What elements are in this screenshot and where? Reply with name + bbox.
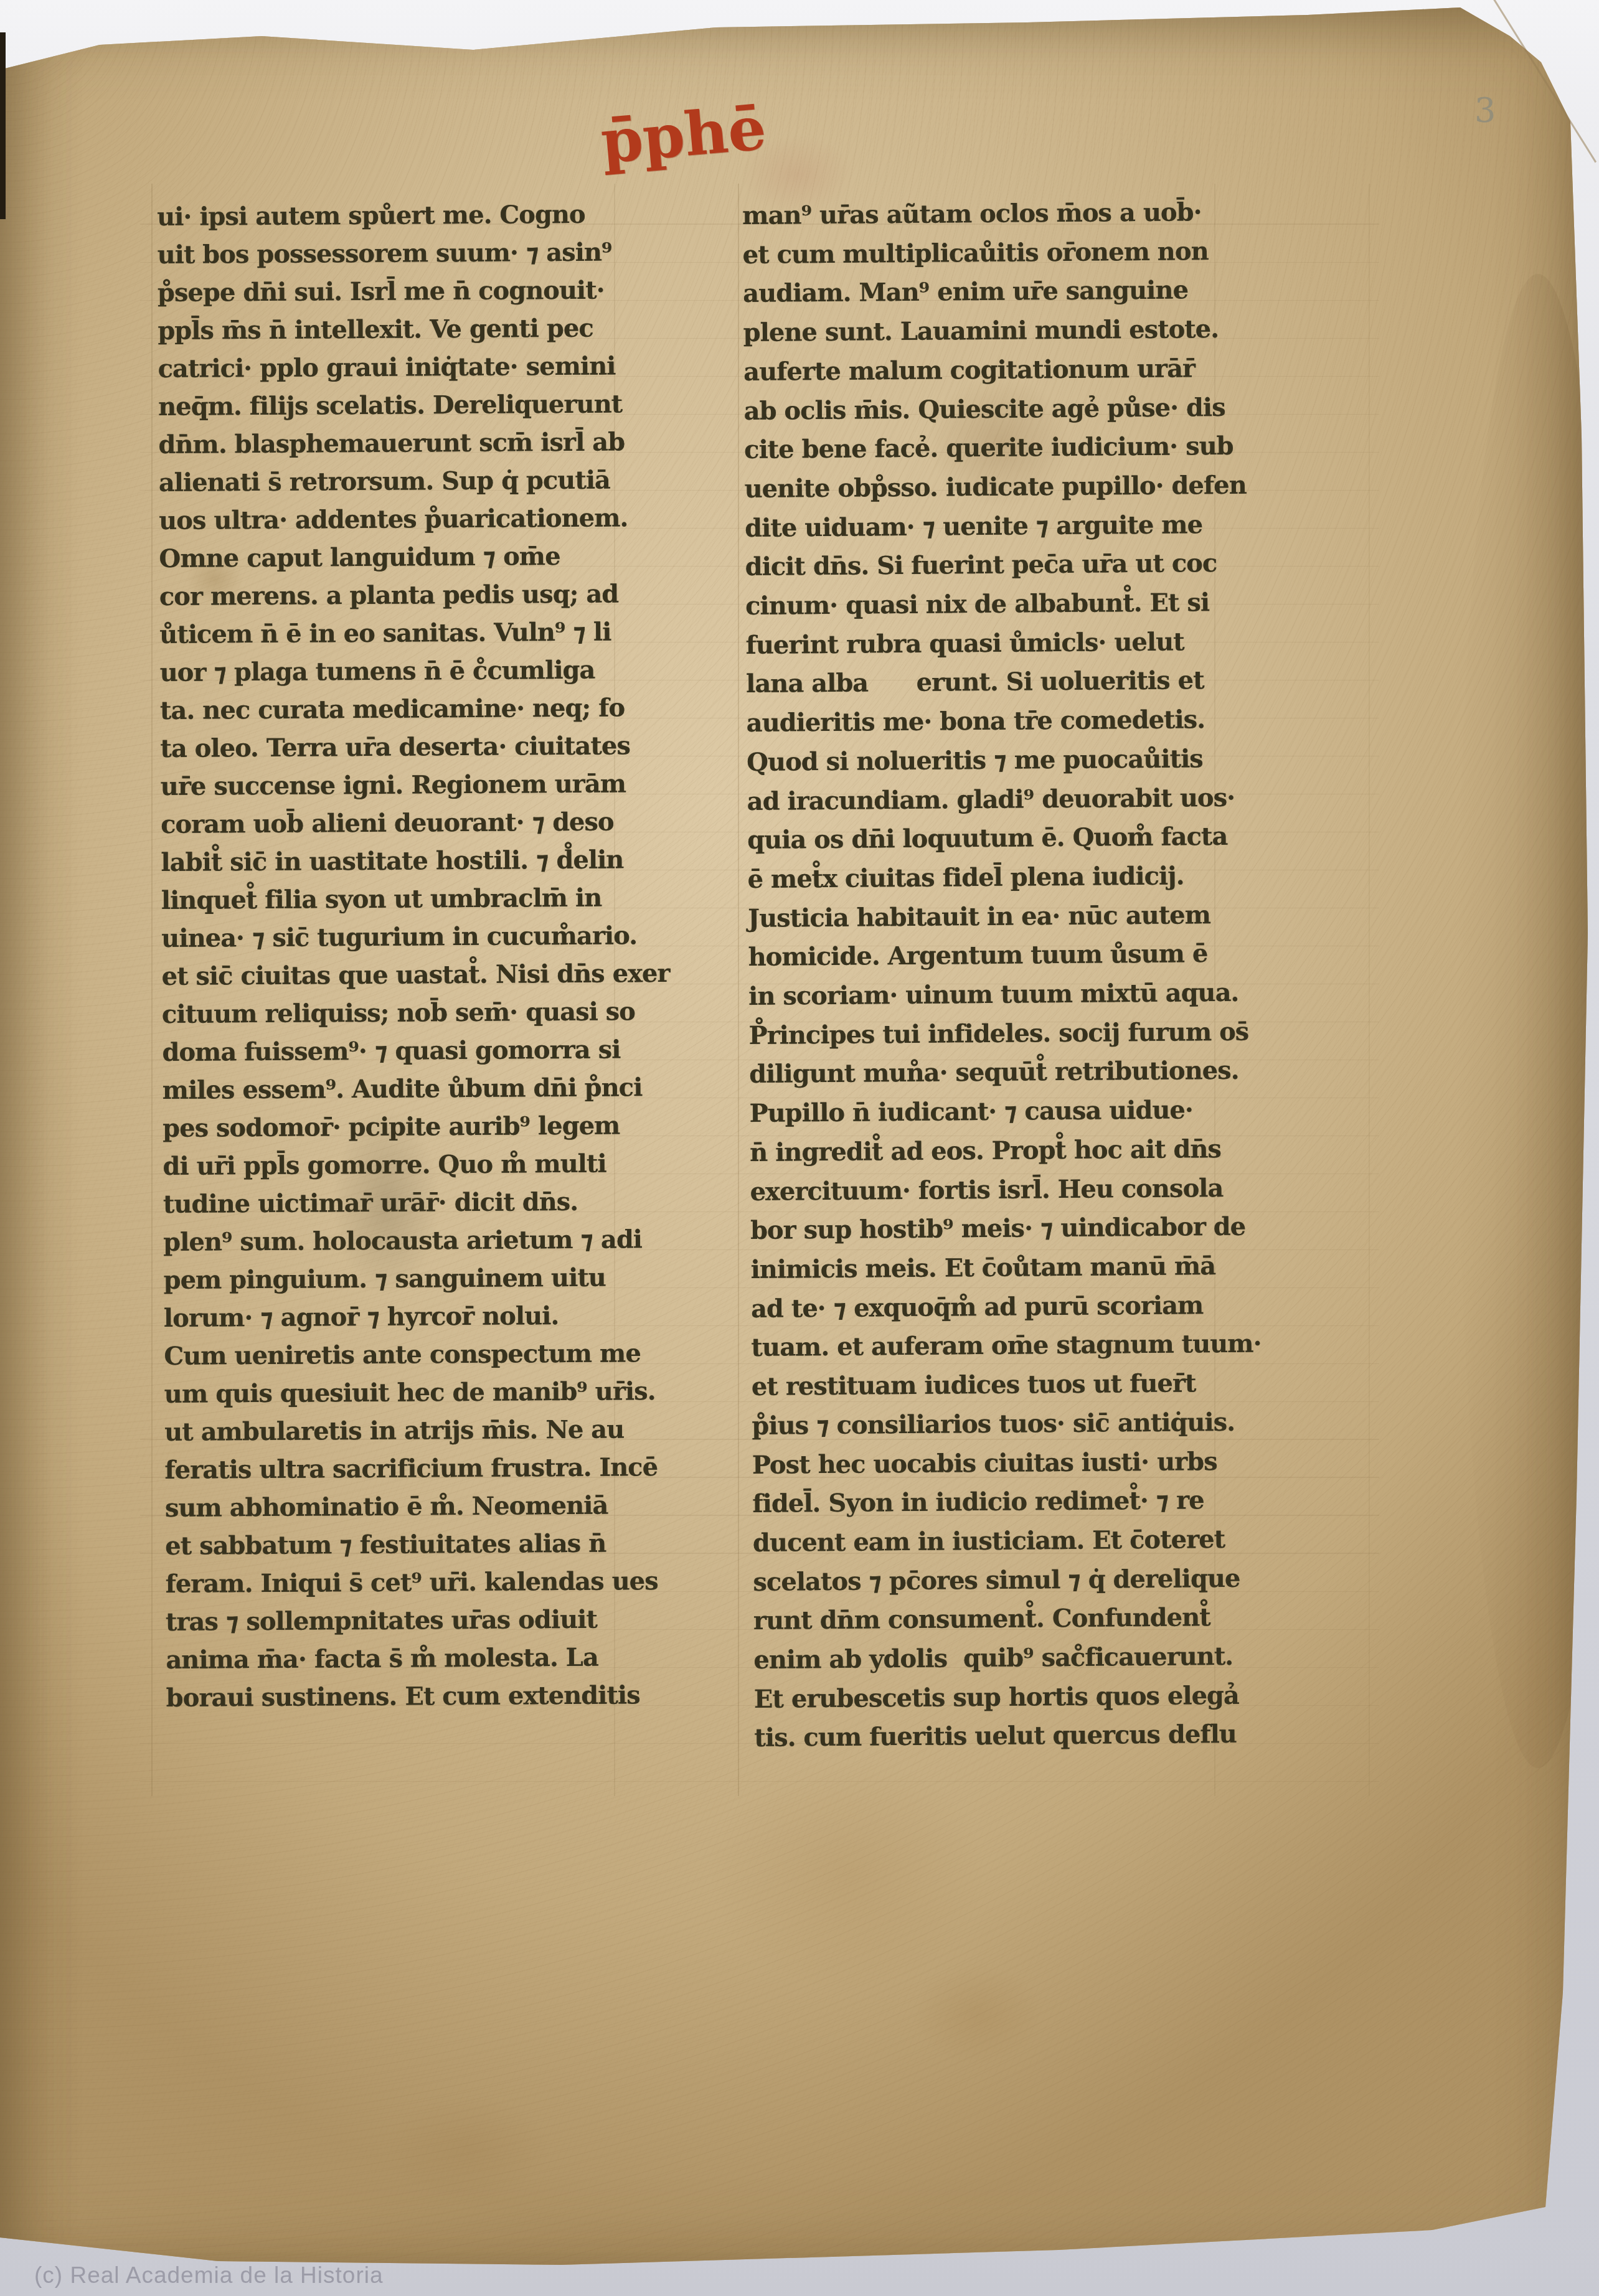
text-line: inimicis meis. Et c̄oůtam manū m̄ā [750, 1247, 1224, 1290]
text-column-right: man⁹ ur̄as aũtam oclos m̄os a uob̄·et cu… [742, 193, 1228, 1758]
text-line: cite bene facẻ. querite iudicium· sub [744, 427, 1217, 470]
watermark: (c) Real Academia de la Historia [34, 2262, 384, 2289]
text-line: uit bos possessorem suum· ⁊ asin⁹ [157, 233, 611, 274]
rubric-running-title: p̄phē [598, 93, 769, 177]
text-line: miles essem⁹. Audite ůbum dn̄i p̊nci [163, 1069, 617, 1109]
parchment-leaf: p̄phē 3 ui· ipsi autem spůert me. Cognou… [0, 0, 1599, 2296]
text-line: uenite obp̊sso. iudicate pupillo· defen [744, 466, 1217, 509]
text-line: uinea· ⁊ sic̄ tugurium in cucum̊ario. [161, 917, 616, 957]
text-line: ut ambularetis in atrijs m̄is. Ne au [164, 1411, 619, 1451]
text-line: in scoriam· uinum tuum mixtū aqua. [748, 974, 1222, 1017]
text-line: uor ⁊ plaga tumens n̄ ē c̊cumliga [159, 651, 614, 692]
text-line: tis. cum fueritis uelut quercus deflu [754, 1715, 1227, 1758]
text-column-left: ui· ipsi autem spůert me. Cognouit bos p… [157, 195, 621, 1717]
text-line: sum abhominatio ē m̊. Neomeniā [165, 1487, 620, 1527]
text-line: ppl̄s m̄s n̄ intellexit. Ve genti pec [158, 309, 612, 350]
binding-edge [0, 32, 6, 219]
text-line: plene sunt. Lauamini mundi estote. [743, 310, 1216, 353]
text-line: Omne caput languidum ⁊ om̄e [159, 537, 613, 578]
text-line: ē met̊x ciuitas fidel̄ plena iudicij. [747, 857, 1220, 900]
text-line: linquet̊ filia syon ut umbraclm̄ in [161, 879, 616, 920]
text-line: auferte malum cogitationum urār̄ [743, 349, 1217, 392]
text-line: dite uiduam· ⁊ uenite ⁊ arguite me [745, 506, 1218, 548]
text-line: dicit dn̄s. Si fuerint pec̄a ur̄a ut coc [745, 544, 1218, 587]
text-line: coram uob̄ alieni deuorant· ⁊ deso [161, 803, 615, 844]
text-line: homicide. Argentum tuum ůsum ē [748, 934, 1221, 977]
text-line: exercituum· fortis isrl̄. Heu consola [750, 1169, 1223, 1212]
text-line: lana alba erunt. Si uolueritis et [746, 661, 1219, 704]
text-line: Post hec uocabis ciuitas iusti· urbs [752, 1442, 1225, 1485]
text-line: plen⁹ sum. holocausta arietum ⁊ adi [163, 1221, 618, 1261]
text-line: ůticem n̄ ē in eo sanitas. Vuln⁹ ⁊ li [159, 613, 614, 654]
scanned-manuscript-page: p̄phē 3 ui· ipsi autem spůert me. Cognou… [0, 0, 1599, 2296]
text-line: Et erubescetis sup hortis quos elegả [754, 1677, 1227, 1720]
text-line: dn̄m. blasphemauerunt scm̄ isrl̄ ab [158, 423, 613, 464]
text-line: ta oleo. Terra ur̄a deserta· ciuitates [160, 727, 615, 768]
text-line: anima m̄a· facta s̄ m̊ molesta. La [166, 1638, 620, 1678]
text-line: audieritis me· bona tr̄e comedetis. [746, 700, 1219, 743]
text-line: ad iracundiam. gladi⁹ deuorabit uos· [747, 779, 1220, 822]
text-line: et cum multiplicaůitis or̄onem non [742, 232, 1215, 275]
text-line: ta. nec curata medicamine· neq; fo [160, 689, 615, 730]
text-line: runt dn̄m consument̊. Confundent̊ [753, 1598, 1227, 1641]
folio-number: 3 [1474, 91, 1496, 130]
text-line: fidel̄. Syon in iudicio redimet̊· ⁊ re [752, 1481, 1225, 1524]
text-line: et sic̄ ciuitas que uastat̊. Nisi dn̄s e… [161, 955, 616, 995]
text-line: tudine uictimar̄ urār̄· dicit dn̄s. [163, 1183, 618, 1223]
text-line: scelatos ⁊ pc̄ores simul ⁊ q̇ derelique [753, 1560, 1226, 1602]
text-line: alienati s̄ retrorsum. Sup q̇ pcutiā [159, 461, 613, 502]
text-line: doma fuissem⁹· ⁊ quasi gomorra si [162, 1031, 616, 1071]
text-line: boraui sustinens. Et cum extenditis [166, 1676, 621, 1716]
text-line: pem pinguium. ⁊ sanguinem uitu [163, 1259, 618, 1299]
text-line: Quod si nolueritis ⁊ me puocaůitis [747, 740, 1220, 783]
text-line: Cum ueniretis ante conspectum me [164, 1335, 618, 1375]
text-line: uos ultra· addentes p̊uaricationem. [159, 499, 613, 540]
text-line: ur̄e succense igni. Regionem urām [161, 765, 615, 806]
text-line: ducent eam in iusticiam. Et c̄oteret [753, 1520, 1226, 1563]
text-line: p̊sepe dn̄i sui. Isrl̄ me n̄ cognouit· [158, 271, 612, 312]
text-line: feratis ultra sacrificium frustra. Incē [164, 1449, 619, 1489]
text-line: Pupillo n̄ iudicant· ⁊ causa uidue· [749, 1091, 1222, 1134]
text-line: enim ab ydolis quib⁹ sac̊ficauerunt. [753, 1637, 1227, 1680]
text-line: p̊ius ⁊ consiliarios tuos· sic̄ antiq̇ui… [752, 1403, 1225, 1446]
text-line: fuerint rubra quasi ůmicls· uelut [745, 623, 1219, 666]
text-line: lorum· ⁊ agnor̄ ⁊ hyrcor̄ nolui. [164, 1297, 618, 1337]
text-line: et sabbatum ⁊ festiuitates alias n̄ [165, 1525, 620, 1565]
text-line: n̄ ingredit̊ ad eos. Propt̊ hoc ait dn̄s [750, 1130, 1223, 1173]
text-line: audiam. Man⁹ enim ur̄e sanguine [743, 271, 1216, 314]
text-line: cituum reliquiss; nob̄ sem̄· quasi so [162, 993, 616, 1033]
text-line: cinum· quasi nix de albabunt̊. Et si [745, 583, 1219, 626]
text-line: ab oclis m̄is. Quiescite agẻ půse· dis [743, 388, 1217, 431]
text-line: ui· ipsi autem spůert me. Cogno [157, 195, 611, 236]
text-line: Justicia habitauit in ea· nūc autem [748, 896, 1221, 939]
text-line: cor merens. a planta pedis usq; ad [159, 575, 614, 616]
text-line: et restituam iudices tuos ut fuer̄t [752, 1364, 1225, 1407]
text-line: um quis quesiuit hec de manib⁹ ur̄is. [164, 1373, 619, 1413]
text-line: pes sodomor̄· pcipite aurib⁹ legem [163, 1107, 617, 1147]
text-line: feram. Iniqui s̄ cet⁹ ur̄i. kalendas ues [165, 1562, 620, 1602]
text-line: man⁹ ur̄as aũtam oclos m̄os a uob̄· [742, 193, 1215, 236]
text-line: neq̄m. filijs scelatis. Dereliquerunt [158, 385, 613, 426]
text-line: bor sup hostib⁹ meis· ⁊ uindicabor de [750, 1208, 1224, 1251]
text-line: catrici· pplo graui iniq̇tate· semini [158, 347, 612, 388]
text-line: P̊rincipes tui infideles. socij furum os… [748, 1013, 1222, 1056]
text-line: quia os dn̄i loquutum ē. Quom̊ facta [747, 817, 1220, 860]
text-line: ad te· ⁊ exquoq̄m̊ ad purū scoriam [751, 1286, 1224, 1329]
text-line: di ur̄i ppl̄s gomorre. Quo m̊ multi [163, 1145, 617, 1185]
text-line: labit̊ sic̄ in uastitate hostili. ⁊ d̊el… [161, 841, 615, 882]
text-line: diligunt mun̊a· sequūt̊ retributiones. [749, 1052, 1222, 1094]
text-line: tras ⁊ sollempnitates ur̄as odiuit [166, 1600, 620, 1640]
text-line: tuam. et auferam om̄e stagnum tuum· [751, 1325, 1224, 1368]
